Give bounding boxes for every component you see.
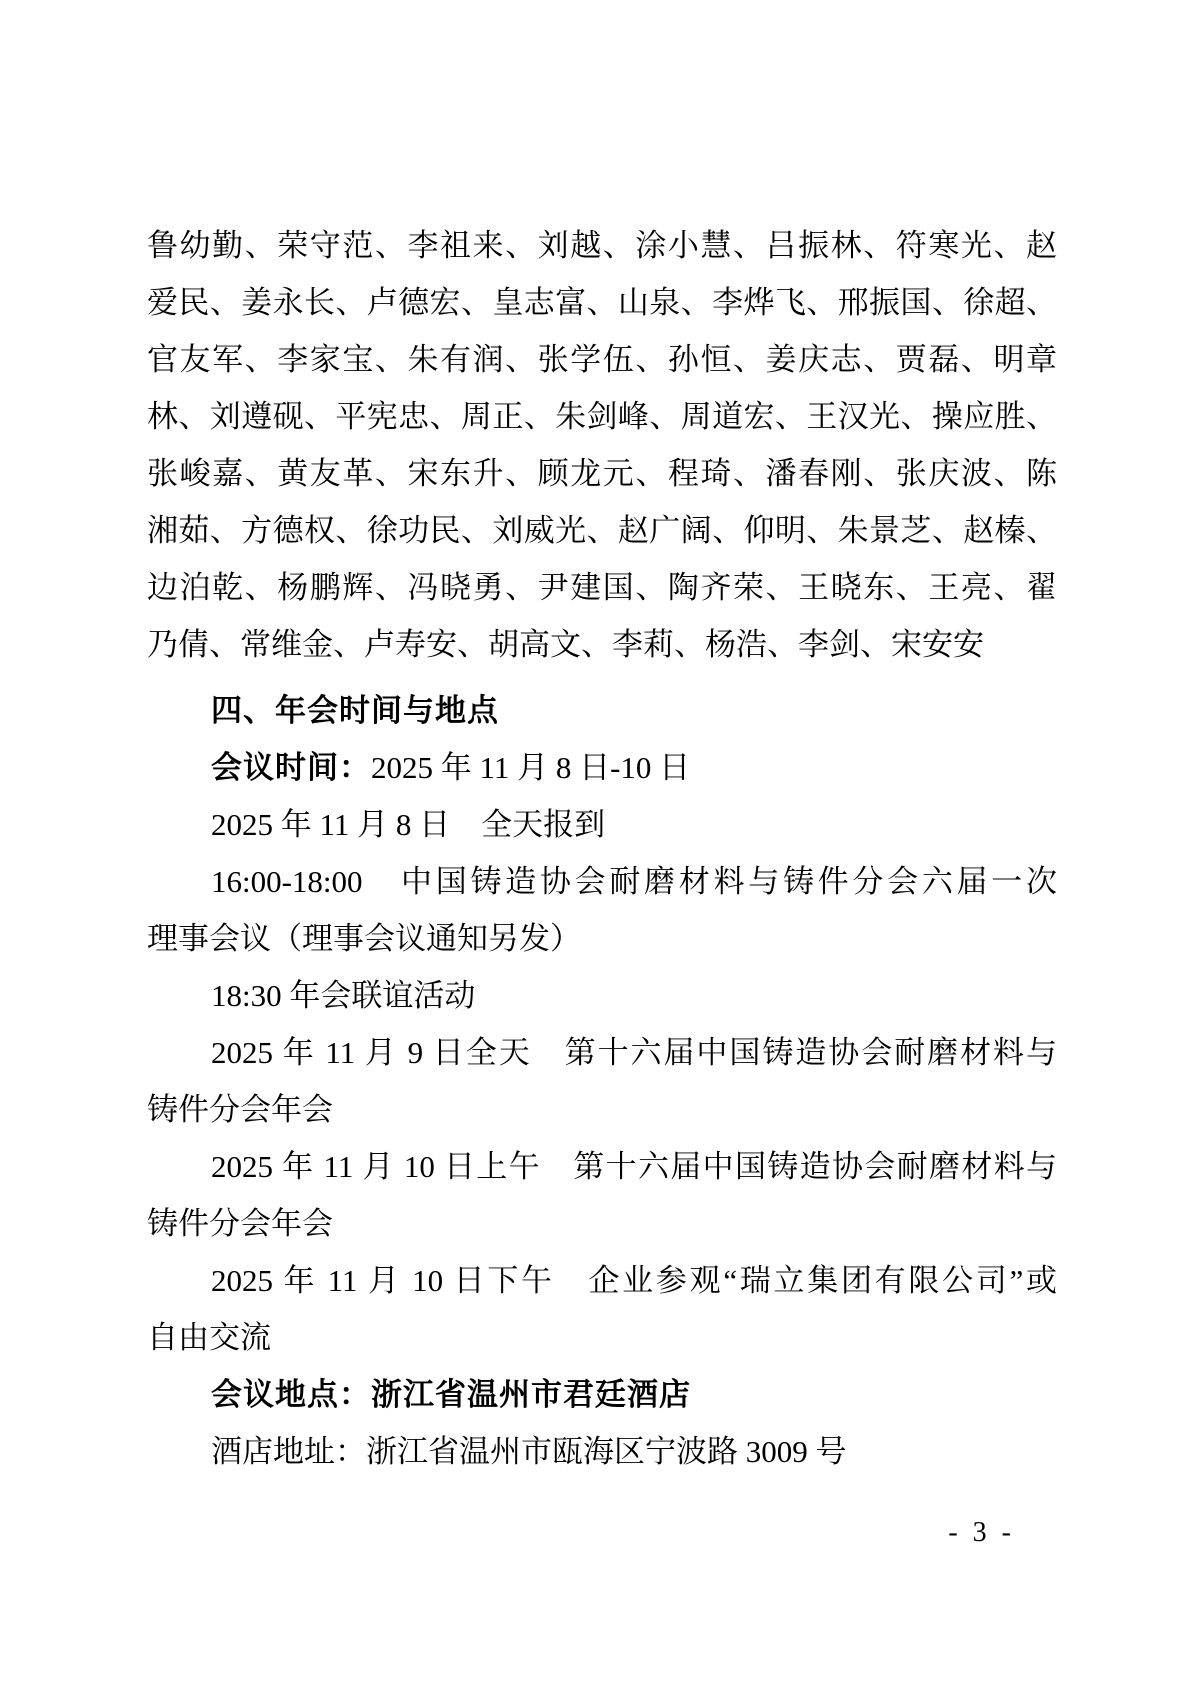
meeting-location-value: 浙江省温州市君廷酒店	[371, 1377, 691, 1412]
schedule-line: 铸件分会年会	[147, 1081, 1057, 1138]
schedule-line: 16:00-18:00 中国铸造协会耐磨材料与铸件分会六届一次	[147, 853, 1057, 910]
schedule-line: 铸件分会年会	[147, 1195, 1057, 1252]
hotel-address-label: 酒店地址：	[211, 1434, 366, 1469]
schedule-line: 2025 年 11 月 9 日全天 第十六届中国铸造协会耐磨材料与	[147, 1024, 1057, 1081]
page-number: - 3 -	[948, 1516, 1015, 1550]
hotel-address-value: 浙江省温州市瓯海区宁波路 3009 号	[366, 1434, 847, 1469]
name-list: 鲁幼勤、荣守范、李祖来、刘越、涂小慧、吕振林、符寒光、赵 爱民、姜永长、卢德宏、…	[147, 217, 1057, 673]
name-list-line: 边泊乾、杨鹏辉、冯晓勇、尹建国、陶齐荣、王晓东、王亮、翟	[147, 559, 1057, 616]
meeting-time-value: 2025 年 11 月 8 日-10 日	[371, 750, 690, 785]
schedule-line: 18:30 年会联谊活动	[147, 967, 1057, 1024]
schedule-line: 2025 年 11 月 10 日下午 企业参观“瑞立集团有限公司”或	[147, 1252, 1057, 1309]
name-list-line: 爱民、姜永长、卢德宏、皇志富、山泉、李烨飞、邢振国、徐超、	[147, 274, 1057, 331]
meeting-time-label: 会议时间：	[211, 750, 371, 785]
meeting-location-line: 会议地点：浙江省温州市君廷酒店	[147, 1366, 1057, 1423]
schedule-line: 2025 年 11 月 8 日 全天报到	[147, 796, 1057, 853]
name-list-line: 张峻嘉、黄友革、宋东升、顾龙元、程琦、潘春刚、张庆波、陈	[147, 445, 1057, 502]
schedule-line: 理事会议（理事会议通知另发）	[147, 910, 1057, 967]
schedule-line: 2025 年 11 月 10 日上午 第十六届中国铸造协会耐磨材料与	[147, 1138, 1057, 1195]
name-list-line: 林、刘遵砚、平宪忠、周正、朱剑峰、周道宏、王汉光、操应胜、	[147, 388, 1057, 445]
name-list-line: 官友军、李家宝、朱有润、张学伍、孙恒、姜庆志、贾磊、明章	[147, 331, 1057, 388]
meeting-time-line: 会议时间：2025 年 11 月 8 日-10 日	[147, 739, 1057, 796]
schedule-line: 自由交流	[147, 1309, 1057, 1366]
name-list-line: 乃倩、常维金、卢寿安、胡高文、李莉、杨浩、李剑、宋安安	[147, 616, 1057, 673]
meeting-location-label: 会议地点：	[211, 1377, 371, 1412]
hotel-address-line: 酒店地址：浙江省温州市瓯海区宁波路 3009 号	[147, 1423, 1057, 1480]
name-list-line: 鲁幼勤、荣守范、李祖来、刘越、涂小慧、吕振林、符寒光、赵	[147, 217, 1057, 274]
section-heading: 四、年会时间与地点	[147, 682, 1057, 739]
document-page: 鲁幼勤、荣守范、李祖来、刘越、涂小慧、吕振林、符寒光、赵 爱民、姜永长、卢德宏、…	[0, 0, 1200, 1696]
name-list-line: 湘茹、方德权、徐功民、刘威光、赵广阔、仰明、朱景芝、赵榛、	[147, 502, 1057, 559]
